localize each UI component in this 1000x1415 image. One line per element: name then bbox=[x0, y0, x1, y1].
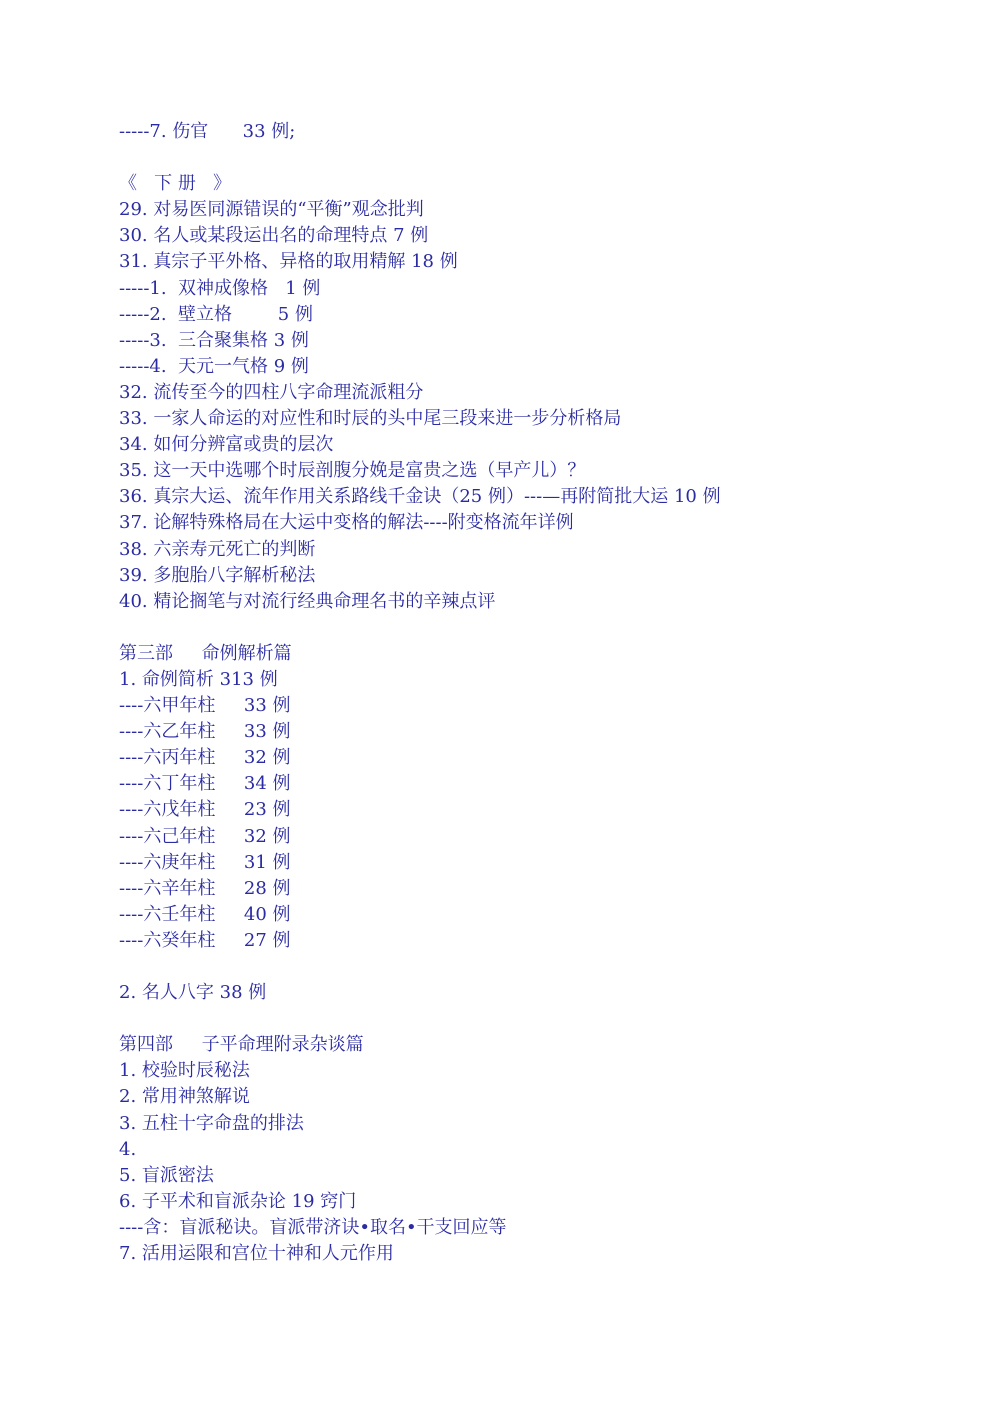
toc-subitem: ----六癸年柱 27 例 bbox=[119, 928, 721, 954]
toc-subitem: -----4. 天元一气格 9 例 bbox=[119, 354, 721, 380]
toc-subitem: ----六丁年柱 34 例 bbox=[119, 771, 721, 797]
spacer bbox=[119, 1006, 721, 1032]
toc-item: 2. 名人八字 38 例 bbox=[119, 980, 721, 1006]
toc-item: 4. bbox=[119, 1137, 721, 1163]
toc-item: 32. 流传至今的四柱八字命理流派粗分 bbox=[119, 380, 721, 406]
toc-subitem: -----2. 壁立格 5 例 bbox=[119, 302, 721, 328]
toc-item: 2. 常用神煞解说 bbox=[119, 1084, 721, 1110]
part3-title: 第三部 命例解析篇 bbox=[119, 641, 721, 667]
toc-subitem: ----六戊年柱 23 例 bbox=[119, 797, 721, 823]
part4-title: 第四部 子平命理附录杂谈篇 bbox=[119, 1032, 721, 1058]
volume-title: 《 下 册 》 bbox=[119, 171, 721, 197]
spacer bbox=[119, 145, 721, 171]
toc-subitem: ----六乙年柱 33 例 bbox=[119, 719, 721, 745]
spacer bbox=[119, 954, 721, 980]
toc-item: 31. 真宗子平外格、异格的取用精解 18 例 bbox=[119, 249, 721, 275]
toc-item: 34. 如何分辨富或贵的层次 bbox=[119, 432, 721, 458]
toc-item: 39. 多胞胎八字解析秘法 bbox=[119, 563, 721, 589]
toc-subitem: -----1. 双神成像格 1 例 bbox=[119, 276, 721, 302]
toc-subitem: ----六庚年柱 31 例 bbox=[119, 850, 721, 876]
toc-item: 30. 名人或某段运出名的命理特点 7 例 bbox=[119, 223, 721, 249]
toc-item: 1. 校验时辰秘法 bbox=[119, 1058, 721, 1084]
toc-item: 40. 精论搁笔与对流行经典命理名书的辛辣点评 bbox=[119, 589, 721, 615]
toc-item: -----7. 伤官 33 例; bbox=[119, 119, 721, 145]
spacer bbox=[119, 615, 721, 641]
toc-subitem: -----3. 三合聚集格 3 例 bbox=[119, 328, 721, 354]
toc-item: 1. 命例简析 313 例 bbox=[119, 667, 721, 693]
toc-item: 7. 活用运限和宫位十神和人元作用 bbox=[119, 1241, 721, 1267]
toc-item: 37. 论解特殊格局在大运中变格的解法----附变格流年详例 bbox=[119, 510, 721, 536]
toc-subitem: ----六甲年柱 33 例 bbox=[119, 693, 721, 719]
toc-subitem: ----六己年柱 32 例 bbox=[119, 824, 721, 850]
toc-item: 6. 子平术和盲派杂论 19 窍门 bbox=[119, 1189, 721, 1215]
toc-item: 38. 六亲寿元死亡的判断 bbox=[119, 537, 721, 563]
toc-item: 36. 真宗大运、流年作用关系路线千金诀（25 例）---—再附简批大运 10 … bbox=[119, 484, 721, 510]
document-page: -----7. 伤官 33 例; 《 下 册 》 29. 对易医同源错误的“平衡… bbox=[119, 119, 721, 1267]
toc-subitem: ----六壬年柱 40 例 bbox=[119, 902, 721, 928]
toc-item: 5. 盲派密法 bbox=[119, 1163, 721, 1189]
toc-item: 3. 五柱十字命盘的排法 bbox=[119, 1111, 721, 1137]
toc-item: 29. 对易医同源错误的“平衡”观念批判 bbox=[119, 197, 721, 223]
toc-subitem: ----含：盲派秘诀。盲派带济诀•取名•干支回应等 bbox=[119, 1215, 721, 1241]
toc-item: 35. 这一天中选哪个时辰剖腹分娩是富贵之选（早产儿）？ bbox=[119, 458, 721, 484]
toc-item: 33. 一家人命运的对应性和时辰的头中尾三段来进一步分析格局 bbox=[119, 406, 721, 432]
toc-subitem: ----六丙年柱 32 例 bbox=[119, 745, 721, 771]
toc-subitem: ----六辛年柱 28 例 bbox=[119, 876, 721, 902]
